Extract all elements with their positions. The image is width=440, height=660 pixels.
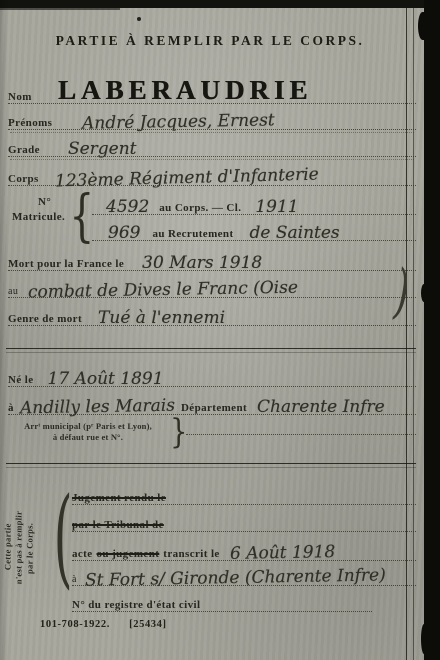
nom-label: Nom <box>8 91 32 103</box>
field-mort-date: Mort pour la France le 30 Mars 1918 <box>8 246 416 271</box>
matricule-corps-number: 4592 <box>106 197 149 217</box>
mort-date-value: 30 Mars 1918 <box>142 253 262 273</box>
tribunal-label: par le Tribunal de <box>72 519 164 531</box>
section-separator-2 <box>6 463 416 468</box>
transcription-date-value: 6 Août 1918 <box>230 542 336 564</box>
field-transcription: acte ou jugement transcrit le 6 Août 191… <box>72 538 416 561</box>
matricule-recrutement-value: de Saintes <box>250 223 340 243</box>
field-matricule-recrutement: 969 au Recrutement de Saintes <box>92 218 416 241</box>
lieu-transcription-value: St Fort s/ Gironde (Charente Infre) <box>85 565 386 590</box>
transcription-label-transcrit: transcrit le <box>163 548 219 560</box>
registre-label: N° du registre d'état civil <box>72 599 200 611</box>
vertical-note: Cette partie n'est pas à remplir par le … <box>2 490 35 604</box>
field-grade: Grade Sergent <box>8 132 416 157</box>
mort-label: Mort pour la France le <box>8 258 124 270</box>
genre-mort-label: Genre de mort <box>8 313 82 325</box>
field-genre-mort: Genre de mort Tué à l'ennemi <box>8 301 416 326</box>
imprint-reference: [25434] <box>129 619 166 630</box>
military-death-record-card: PARTIE À REMPLIR PAR LE CORPS. Nom LABER… <box>0 0 440 660</box>
form-section-title: PARTIE À REMPLIR PAR LE CORPS. <box>0 33 420 49</box>
arrondissement-label: Arrᵗ municipal (pʳ Paris et Lyon), à déf… <box>8 421 168 444</box>
field-prenoms: Prénoms André Jacques, Ernest <box>8 105 416 130</box>
prenoms-label: Prénoms <box>8 117 52 129</box>
lieu-mort-label: au <box>8 286 18 297</box>
jugement-label: Jugement rendu le <box>72 492 166 504</box>
matricule-brace: { <box>69 189 94 245</box>
field-lieu-transcription: à St Fort s/ Gironde (Charente Infre) <box>72 563 416 586</box>
naissance-value: 17 Août 1891 <box>48 369 164 389</box>
matricule-recrutement-number: 969 <box>108 223 140 243</box>
matricule-label-numero: N° <box>38 196 51 208</box>
field-matricule-corps: 4592 au Corps. — Cl. 1911 <box>92 192 416 215</box>
genre-mort-value: Tué à l'ennemi <box>98 308 225 328</box>
ink-speck <box>137 17 141 21</box>
scan-edge-top-secondary <box>0 8 120 10</box>
grade-label: Grade <box>8 144 40 156</box>
field-lieu-naissance: à Andilly les Marais Département Charent… <box>8 390 416 415</box>
grade-value: Sergent <box>68 139 137 159</box>
scan-edge-top <box>0 0 440 8</box>
vertical-note-line1: Cette partie <box>2 490 13 603</box>
departement-label: Département <box>181 402 247 414</box>
lieu-naissance-label: à <box>8 402 14 414</box>
arrondissement-label-line1: Arrᵗ municipal (pʳ Paris et Lyon), <box>24 421 152 431</box>
scan-blot-mid-right <box>421 284 427 302</box>
bottom-section-brace: ( <box>54 484 73 592</box>
transcription-label-acte: acte <box>72 548 93 560</box>
footer-imprint-row: 101-708-1922. [25434] <box>40 619 167 630</box>
departement-value: Charente Infre <box>257 397 385 417</box>
field-jugement: Jugement rendu le <box>72 484 416 505</box>
prenoms-value: André Jacques, Ernest <box>82 110 275 133</box>
field-lieu-mort: au combat de Dives le Franc (Oise <box>8 273 416 298</box>
field-arrondissement-value <box>186 418 416 435</box>
section-separator-1 <box>6 348 416 353</box>
field-nom: Nom LABERAUDRIE <box>8 70 416 104</box>
arrondissement-label-line2: à défaut rue et N°. <box>53 432 123 442</box>
nom-value: LABERAUDRIE <box>58 75 313 106</box>
arrondissement-brace: } <box>170 415 187 449</box>
field-corps: Corps 123ème Régiment d'Infanterie <box>8 159 416 186</box>
matricule-corps-classe-label: au Corps. — Cl. <box>159 202 241 214</box>
lieu-mort-value: combat de Dives le Franc (Oise <box>28 278 298 303</box>
scan-edge-right <box>424 0 440 660</box>
naissance-label: Né le <box>8 374 34 386</box>
vertical-note-line2: n'est pas à remplir <box>13 491 24 604</box>
lieu-naissance-value: Andilly les Marais <box>20 396 175 419</box>
vertical-note-line3: par le Corps. <box>25 492 36 605</box>
field-registre: N° du registre d'état civil <box>72 591 372 612</box>
matricule-label-matricule: Matricule. <box>12 211 65 223</box>
matricule-recrutement-label: au Recrutement <box>152 228 233 240</box>
transcription-label-ou-jugement: ou jugement <box>97 548 160 560</box>
field-tribunal: par le Tribunal de <box>72 511 416 532</box>
matricule-classe-value: 1911 <box>255 197 298 217</box>
corps-label: Corps <box>8 173 39 185</box>
imprint-code: 101-708-1922. <box>40 619 110 630</box>
scan-blot-bottom-right <box>421 624 427 654</box>
field-naissance: Né le 17 Août 1891 <box>8 362 416 387</box>
lieu-transcription-label: à <box>72 574 77 585</box>
